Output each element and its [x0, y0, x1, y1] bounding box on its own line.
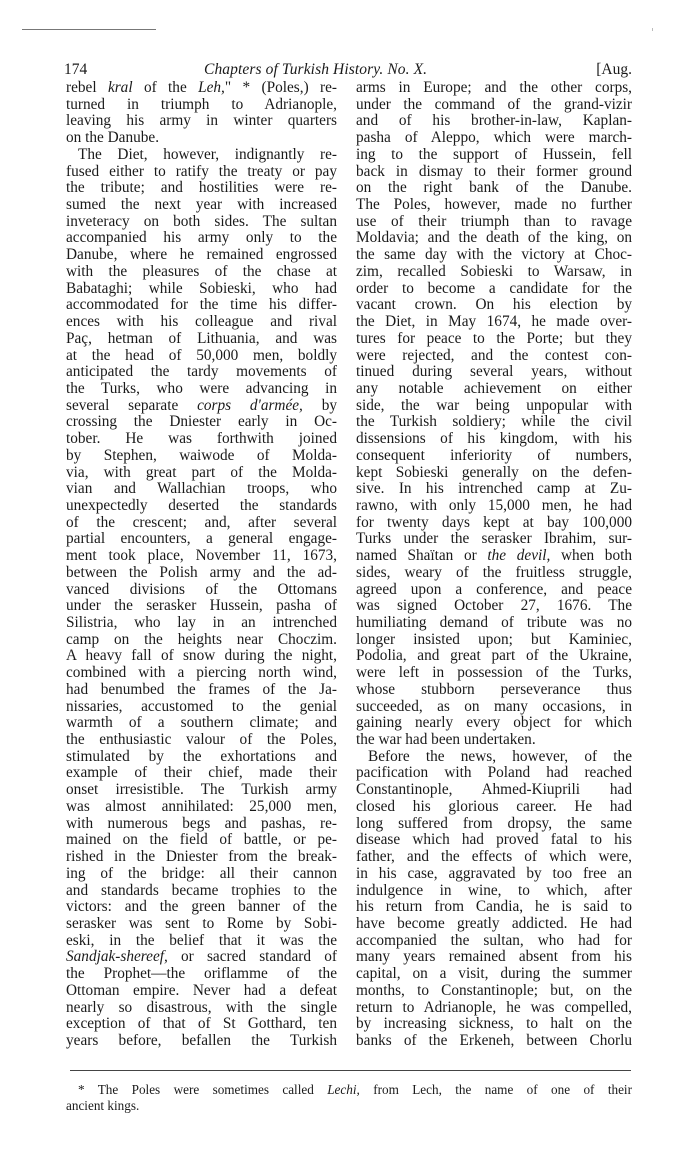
text-run: agreed upon a conference, and peace [356, 581, 632, 598]
text-run: whose stubborn perseverance thus [356, 681, 632, 698]
text-line: by increasing sickness, to halt on the [356, 1016, 632, 1033]
text-run: for twenty days kept at bay 100,000 [356, 514, 632, 531]
text-run: between the Polish army and the ad- [66, 564, 337, 581]
text-line: Ottoman empire. Never had a defeat [66, 983, 337, 1000]
text-run: sumed the next year with increased [66, 196, 337, 213]
text-run: several separate [66, 397, 197, 414]
text-line: Podolia, and great part of the Ukraine, [356, 648, 632, 665]
text-line: under the serasker Hussein, pasha of [66, 598, 337, 615]
text-line: any notable achievement on either [356, 381, 632, 398]
text-line: nearly so disastrous, with the single [66, 1000, 337, 1017]
text-line: with the pleasures of the chase at [66, 264, 337, 281]
text-run: example of their chief, made their [66, 764, 337, 781]
text-run: was almost annihilated: 25,000 men, [66, 798, 337, 815]
text-line: several separate corps d'armée, by [66, 398, 337, 415]
text-line: months, to Constantinople; but, on the [356, 983, 632, 1000]
text-run: Danube, where he remained engrossed [66, 246, 337, 263]
text-run: accompanied the sultan, who had for [356, 932, 632, 949]
text-line: was almost annihilated: 25,000 men, [66, 799, 337, 816]
text-line: rished in the Dniester from the break- [66, 849, 337, 866]
text-run: the same day with the victory at Choc- [356, 246, 632, 263]
text-line: sumed the next year with increased [66, 197, 337, 214]
right-column: arms in Europe; and the other corps,unde… [356, 80, 632, 1050]
text-line: Moldavia; and the death of the king, on [356, 230, 632, 247]
text-run: humiliating demand of tribute was no [356, 614, 632, 631]
text-run: vacant crown. On his election by [356, 296, 632, 313]
text-run: via, with great part of the Molda- [66, 464, 337, 481]
text-line: disease which had proved fatal to his [356, 832, 632, 849]
text-line: pacification with Poland had reached [356, 765, 632, 782]
text-run: leaving his army in winter quarters [66, 112, 337, 129]
text-run: order to become a candidate for the [356, 280, 632, 297]
text-line: longer insisted upon; but Kaminiec, [356, 632, 632, 649]
text-line: by Stephen, waiwode of Molda- [66, 448, 337, 465]
text-line: ancient kings. [66, 1098, 632, 1114]
text-line: and of his brother-in-law, Kaplan- [356, 113, 632, 130]
text-line: serasker was sent to Rome by Sobi- [66, 916, 337, 933]
text-run: by increasing sickness, to halt on the [356, 1015, 632, 1032]
text-line: named Shaïtan or the devil, when both [356, 548, 632, 565]
page-number: 174 [64, 61, 87, 79]
text-run: victors: and the green banner of the [66, 898, 337, 915]
text-run: by [303, 397, 337, 414]
text-line: dissensions of his kingdom, with his [356, 431, 632, 448]
text-run: vian and Wallachian troops, who [66, 480, 337, 497]
text-line: vian and Wallachian troops, who [66, 481, 337, 498]
text-run: accompanied his army only to the [66, 229, 337, 246]
text-run: and standards became trophies to the [66, 882, 337, 899]
text-run: rebel [66, 79, 108, 96]
text-run: ing to the support of Hussein, fell [356, 146, 632, 163]
text-run: under the serasker Hussein, pasha of [66, 597, 337, 614]
text-line: zim, recalled Sobieski to Warsaw, in [356, 264, 632, 281]
text-run: many years remained absent from his [356, 948, 632, 965]
italic-text: the devil, [487, 547, 550, 564]
text-run: capital, on a visit, during the summer [356, 965, 632, 982]
text-run: succeeded, as on many occasions, in [356, 698, 632, 715]
text-line: back in dismay to their former ground [356, 164, 632, 181]
text-run: rawno, with only 15,000 men, he had [356, 497, 632, 514]
text-line: of the crescent; and, after several [66, 515, 337, 532]
text-line: sides, weary of the fruitless struggle, [356, 565, 632, 582]
text-line: between the Polish army and the ad- [66, 565, 337, 582]
text-line: Constantinople, Ahmed-Kiuprili had [356, 782, 632, 799]
text-run: at the head of 50,000 men, boldly [66, 347, 337, 364]
text-line: ing to the support of Hussein, fell [356, 147, 632, 164]
italic-text: Leh, [198, 79, 225, 96]
text-run: ment took place, November 11, 1673, [66, 547, 337, 564]
text-line: on the Danube. [66, 130, 337, 147]
text-run: indulgence in wine, to which, after [356, 882, 632, 899]
text-run: with numerous begs and pashas, re- [66, 815, 337, 832]
text-run: or sacred standard of [168, 948, 337, 965]
text-line: The Poles, however, made no further [356, 197, 632, 214]
text-line: The Diet, however, indignantly re- [66, 147, 337, 164]
text-line: the tribute; and hostilities were re- [66, 180, 337, 197]
text-line: under the command of the grand-vizir [356, 97, 632, 114]
text-run: back in dismay to their former ground [356, 163, 632, 180]
text-line: the Diet, in May 1674, he made over- [356, 314, 632, 331]
text-run: tures for peace to the Porte; but they [356, 330, 632, 347]
text-line: side, the war being unpopular with [356, 398, 632, 415]
text-line: onset irresistible. The Turkish army [66, 782, 337, 799]
text-line: Paç, hetman of Lithuania, and was [66, 331, 337, 348]
text-line: inveteracy on both sides. The sultan [66, 214, 337, 231]
text-run: crossing the Dniester early in Oc- [66, 413, 337, 430]
text-line: * The Poles were sometimes called Lechi,… [66, 1082, 632, 1098]
text-run: the Diet, in May 1674, he made over- [356, 313, 632, 330]
text-run: rished in the Dniester from the break- [66, 848, 337, 865]
text-line: tinued during several years, without [356, 364, 632, 381]
running-title: Chapters of Turkish History. No. X. [204, 61, 427, 79]
text-run: long suffered from dropsy, the same [356, 815, 632, 832]
text-line: years before, befallen the Turkish [66, 1033, 337, 1050]
text-line: sive. In his intrenched camp at Zu- [356, 481, 632, 498]
text-line: long suffered from dropsy, the same [356, 816, 632, 833]
text-run: months, to Constantinople; but, on the [356, 982, 632, 999]
text-run: Podolia, and great part of the Ukraine, [356, 647, 632, 664]
text-line: vacant crown. On his election by [356, 297, 632, 314]
text-line: at the head of 50,000 men, boldly [66, 348, 337, 365]
text-line: accommodated for the time his differ- [66, 297, 337, 314]
text-run: ences with his colleague and rival [66, 313, 337, 330]
text-run: Babataghi; while Sobieski, who had [66, 280, 337, 297]
text-line: nissaries, accustomed to the genial [66, 699, 337, 716]
text-run: the Turkish soldiery; while the civil [356, 413, 632, 430]
footnote: * The Poles were sometimes called Lechi,… [66, 1082, 632, 1114]
text-run: his return from Candia, he is said to [356, 898, 632, 915]
text-run: ing of the bridge: all their cannon [66, 865, 337, 882]
text-run: mained on the field of battle, or pe- [66, 831, 337, 848]
text-line: rebel kral of the Leh," * (Poles,) re- [66, 80, 337, 97]
text-line: father, and the effects of which were, [356, 849, 632, 866]
text-run: accommodated for the time his differ- [66, 296, 337, 313]
text-run: ancient kings. [66, 1098, 139, 1113]
running-month: [Aug. [596, 61, 632, 79]
text-run: had benumbed the frames of the Ja- [66, 681, 337, 698]
text-run: longer insisted upon; but Kaminiec, [356, 631, 632, 648]
text-run: banks of the Erkeneh, between Chorlu [356, 1032, 632, 1049]
text-line: whose stubborn perseverance thus [356, 682, 632, 699]
text-line: use of their triumph than to ravage [356, 214, 632, 231]
text-line: A heavy fall of snow during the night, [66, 648, 337, 665]
text-run: turned in triumph to Adrianople, [66, 96, 337, 113]
text-run: years before, befallen the Turkish [66, 1032, 337, 1049]
text-run: under the command of the grand-vizir [356, 96, 632, 113]
text-line: had benumbed the frames of the Ja- [66, 682, 337, 699]
text-line: kept Sobieski generally on the defen- [356, 465, 632, 482]
text-line: fused either to ratify the treaty or pay [66, 164, 337, 181]
text-run: and of his brother-in-law, Kaplan- [356, 112, 632, 129]
text-run: dissensions of his kingdom, with his [356, 430, 632, 447]
text-line: anticipated the tardy movements of [66, 364, 337, 381]
italic-text: Sandjak-shereef, [66, 948, 168, 965]
text-line: return to Adrianople, he was compelled, [356, 1000, 632, 1017]
text-run: the war had been undertaken. [356, 731, 536, 748]
text-line: succeeded, as on many occasions, in [356, 699, 632, 716]
text-line: consequent inferiority of numbers, [356, 448, 632, 465]
left-column: rebel kral of the Leh," * (Poles,) re-tu… [66, 80, 337, 1050]
text-run: of the crescent; and, after several [66, 514, 337, 531]
text-line: leaving his army in winter quarters [66, 113, 337, 130]
text-run: * The Poles were sometimes called [78, 1082, 327, 1097]
text-line: accompanied his army only to the [66, 230, 337, 247]
text-line: stimulated by the exhortations and [66, 749, 337, 766]
text-line: Silistria, who lay in an intrenched [66, 615, 337, 632]
text-line: crossing the Dniester early in Oc- [66, 414, 337, 431]
text-line: in his case, aggravated by too free an [356, 866, 632, 883]
text-run: of the [133, 79, 199, 96]
text-run: Silistria, who lay in an intrenched [66, 614, 337, 631]
text-run: zim, recalled Sobieski to Warsaw, in [356, 263, 632, 280]
text-line: capital, on a visit, during the summer [356, 966, 632, 983]
text-line: the same day with the victory at Choc- [356, 247, 632, 264]
text-line: banks of the Erkeneh, between Chorlu [356, 1033, 632, 1050]
text-run: unexpectedly deserted the standards [66, 497, 337, 514]
text-line: humiliating demand of tribute was no [356, 615, 632, 632]
text-run: Constantinople, Ahmed-Kiuprili had [356, 781, 632, 798]
text-line: and standards became trophies to the [66, 883, 337, 900]
text-line: order to become a candidate for the [356, 281, 632, 298]
text-line: arms in Europe; and the other corps, [356, 80, 632, 97]
text-line: the Prophet—the oriflamme of the [66, 966, 337, 983]
text-line: partial encounters, a general engage- [66, 531, 337, 548]
text-line: pasha of Aleppo, which were march- [356, 130, 632, 147]
text-line: turned in triumph to Adrianople, [66, 97, 337, 114]
text-run: Ottoman empire. Never had a defeat [66, 982, 337, 999]
text-run: kept Sobieski generally on the defen- [356, 464, 632, 481]
italic-text: corps d'armée, [197, 397, 303, 414]
text-run: consequent inferiority of numbers, [356, 447, 632, 464]
text-line: combined with a piercing north wind, [66, 665, 337, 682]
text-run: fused either to ratify the treaty or pay [66, 163, 337, 180]
text-run: camp on the heights near Choczim. [66, 631, 337, 648]
text-run: use of their triumph than to ravage [356, 213, 632, 230]
text-line: exception of that of St Gotthard, ten [66, 1016, 337, 1033]
text-run: father, and the effects of which were, [356, 848, 632, 865]
text-line: closed his glorious career. He had [356, 799, 632, 816]
text-line: ment took place, November 11, 1673, [66, 548, 337, 565]
text-line: eski, in the belief that it was the [66, 933, 337, 950]
text-run: the Turks, who were advancing in [66, 380, 337, 397]
text-line: many years remained absent from his [356, 949, 632, 966]
text-run: " * (Poles,) re- [225, 79, 337, 96]
text-line: victors: and the green banner of the [66, 899, 337, 916]
text-run: serasker was sent to Rome by Sobi- [66, 915, 337, 932]
text-line: tures for peace to the Porte; but they [356, 331, 632, 348]
text-run: tinued during several years, without [356, 363, 632, 380]
text-run: named Shaïtan or [356, 547, 487, 564]
text-run: nearly so disastrous, with the single [66, 999, 337, 1016]
text-run: warmth of a southern climate; and [66, 714, 337, 731]
italic-text: kral [108, 79, 133, 96]
text-line: tober. He was forthwith joined [66, 431, 337, 448]
text-line: the Turks, who were advancing in [66, 381, 337, 398]
text-line: mained on the field of battle, or pe- [66, 832, 337, 849]
text-line: Turks under the serasker Ibrahim, sur- [356, 531, 632, 548]
text-line: via, with great part of the Molda- [66, 465, 337, 482]
text-run: were left in possession of the Turks, [356, 664, 632, 681]
text-run: side, the war being unpopular with [356, 397, 632, 414]
text-line: on the right bank of the Danube. [356, 180, 632, 197]
text-line: the Turkish soldiery; while the civil [356, 414, 632, 431]
text-line: Danube, where he remained engrossed [66, 247, 337, 264]
text-run: pasha of Aleppo, which were march- [356, 129, 632, 146]
text-line: Sandjak-shereef, or sacred standard of [66, 949, 337, 966]
text-run: inveteracy on both sides. The sultan [66, 213, 337, 230]
text-line: the enthusiastic valour of the Poles, [66, 732, 337, 749]
text-run: partial encounters, a general engage- [66, 530, 337, 547]
text-run: when both [550, 547, 632, 564]
text-line: accompanied the sultan, who had for [356, 933, 632, 950]
text-line: for twenty days kept at bay 100,000 [356, 515, 632, 532]
text-run: the tribute; and hostilities were re- [66, 179, 337, 196]
text-line: ences with his colleague and rival [66, 314, 337, 331]
text-run: arms in Europe; and the other corps, [356, 79, 632, 96]
text-run: A heavy fall of snow during the night, [66, 647, 337, 664]
text-run: were rejected, and the contest con- [356, 347, 632, 364]
text-run: sive. In his intrenched camp at Zu- [356, 480, 632, 497]
text-run: return to Adrianople, he was compelled, [356, 999, 632, 1016]
text-line: have become greatly addicted. He had [356, 916, 632, 933]
top-rule-tick [652, 28, 653, 31]
text-line: were left in possession of the Turks, [356, 665, 632, 682]
text-run: the enthusiastic valour of the Poles, [66, 731, 337, 748]
text-run: nissaries, accustomed to the genial [66, 698, 337, 715]
text-run: pacification with Poland had reached [356, 764, 632, 781]
text-line: camp on the heights near Choczim. [66, 632, 337, 649]
text-run: exception of that of St Gotthard, ten [66, 1015, 337, 1032]
text-run: on the Danube. [66, 129, 159, 146]
text-run: any notable achievement on either [356, 380, 632, 397]
text-run: by Stephen, waiwode of Molda- [66, 447, 337, 464]
text-run: with the pleasures of the chase at [66, 263, 337, 280]
text-run: onset irresistible. The Turkish army [66, 781, 337, 798]
text-run: vanced divisions of the Ottomans [66, 581, 337, 598]
footnote-rule [70, 1070, 631, 1071]
text-run: eski, in the belief that it was the [66, 932, 337, 949]
text-run: tober. He was forthwith joined [66, 430, 337, 447]
text-line: Babataghi; while Sobieski, who had [66, 281, 337, 298]
text-run: Turks under the serasker Ibrahim, sur- [356, 530, 632, 547]
text-run: on the right bank of the Danube. [356, 179, 632, 196]
text-line: Before the news, however, of the [356, 749, 632, 766]
text-run: was signed October 27, 1676. The [356, 597, 632, 614]
text-line: was signed October 27, 1676. The [356, 598, 632, 615]
text-run: gaining nearly every object for which [356, 714, 632, 731]
text-line: vanced divisions of the Ottomans [66, 582, 337, 599]
text-line: the war had been undertaken. [356, 732, 632, 749]
text-line: unexpectedly deserted the standards [66, 498, 337, 515]
text-line: his return from Candia, he is said to [356, 899, 632, 916]
text-run: The Poles, however, made no further [356, 196, 632, 213]
text-line: rawno, with only 15,000 men, he had [356, 498, 632, 515]
italic-text: Lechi, [327, 1082, 360, 1097]
text-line: warmth of a southern climate; and [66, 715, 337, 732]
text-line: indulgence in wine, to which, after [356, 883, 632, 900]
text-line: ing of the bridge: all their cannon [66, 866, 337, 883]
text-run: anticipated the tardy movements of [66, 363, 337, 380]
text-line: agreed upon a conference, and peace [356, 582, 632, 599]
text-run: Moldavia; and the death of the king, on [356, 229, 632, 246]
text-run: from Lech, the name of one of their [360, 1082, 632, 1097]
text-run: The Diet, however, indignantly re- [78, 146, 337, 163]
text-run: stimulated by the exhortations and [66, 748, 337, 765]
top-rule [22, 29, 156, 30]
text-run: Paç, hetman of Lithuania, and was [66, 330, 337, 347]
text-line: with numerous begs and pashas, re- [66, 816, 337, 833]
text-run: sides, weary of the fruitless struggle, [356, 564, 632, 581]
text-line: example of their chief, made their [66, 765, 337, 782]
text-run: closed his glorious career. He had [356, 798, 632, 815]
text-run: have become greatly addicted. He had [356, 915, 632, 932]
text-line: gaining nearly every object for which [356, 715, 632, 732]
text-run: Before the news, however, of the [368, 748, 632, 765]
text-run: in his case, aggravated by too free an [356, 865, 632, 882]
text-run: combined with a piercing north wind, [66, 664, 337, 681]
text-run: the Prophet—the oriflamme of the [66, 965, 337, 982]
text-run: disease which had proved fatal to his [356, 831, 632, 848]
text-line: were rejected, and the contest con- [356, 348, 632, 365]
